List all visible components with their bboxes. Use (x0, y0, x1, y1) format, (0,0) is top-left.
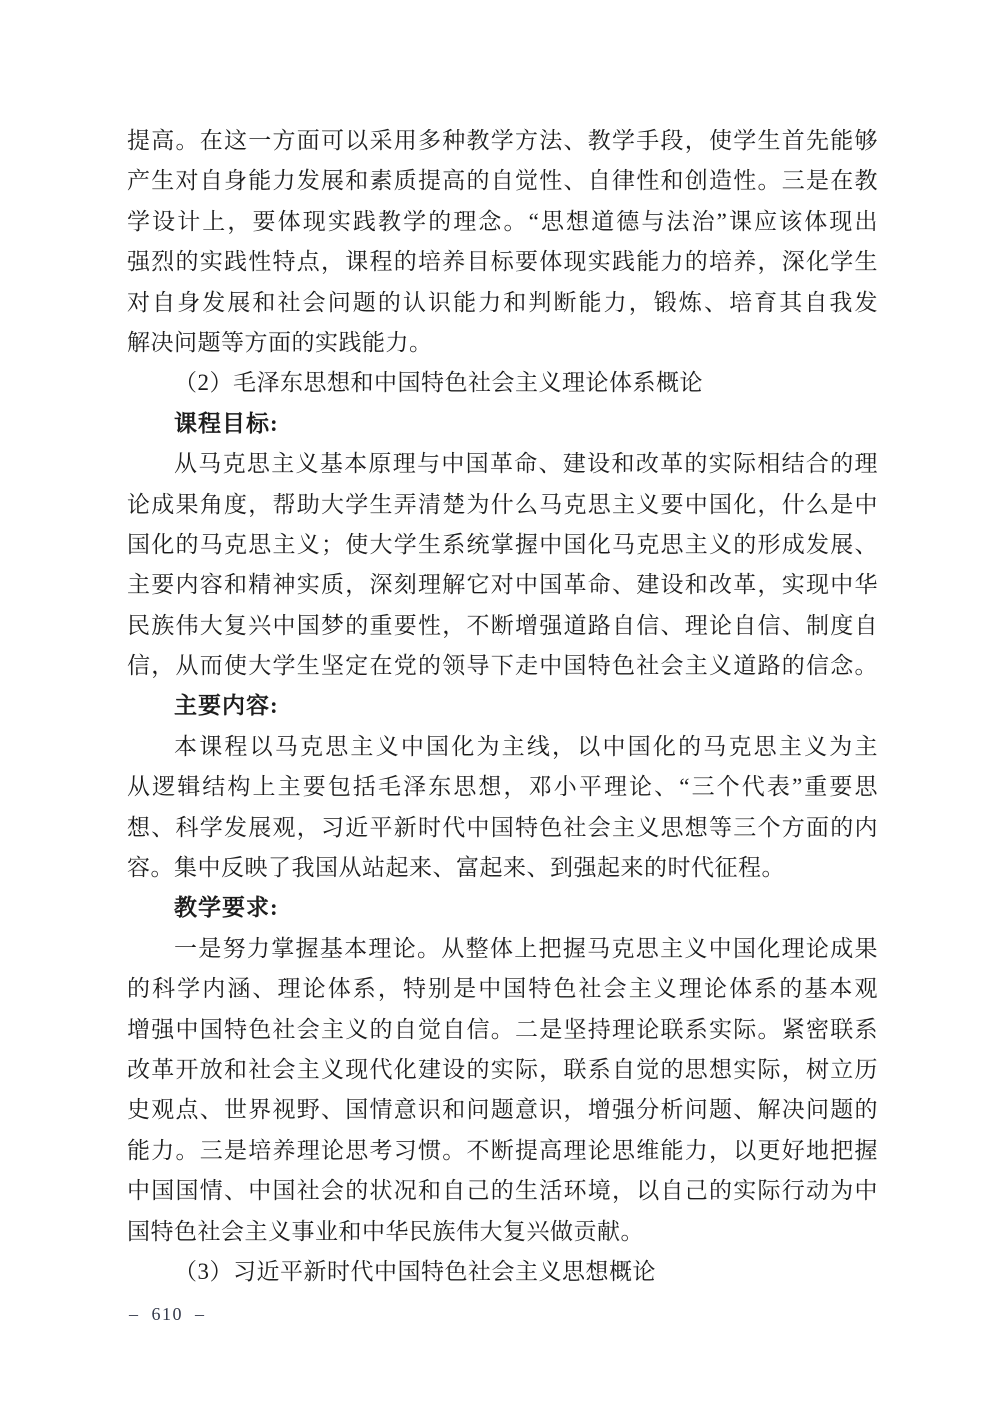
text-line: 学设计上，要体现实践教学的理念。“思想道德与法治”课应该体现出 (127, 202, 878, 242)
text-line: 容。集中反映了我国从站起来、富起来、到强起来的时代征程。 (127, 848, 878, 888)
text-line: 提高。在这一方面可以采用多种教学方法、教学手段，使学生首先能够 (127, 121, 878, 161)
text-line: 想、科学发展观，习近平新时代中国特色社会主义思想等三个方面的内 (127, 808, 878, 848)
section-label-teaching-requirements: 教学要求: (127, 888, 878, 928)
course-item-heading: （2）毛泽东思想和中国特色社会主义理论体系概论 (127, 363, 878, 403)
course-item-heading: （3）习近平新时代中国特色社会主义思想概论 (127, 1252, 878, 1292)
page-number: – 610 – (129, 1304, 206, 1324)
text-line: 改革开放和社会主义现代化建设的实际，联系自觉的思想实际，树立历 (127, 1050, 878, 1090)
text-line: 解决问题等方面的实践能力。 (127, 323, 878, 363)
text-line: 强烈的实践性特点，课程的培养目标要体现实践能力的培养，深化学生 (127, 242, 878, 282)
document-page: 提高。在这一方面可以采用多种教学方法、教学手段，使学生首先能够 产生对自身能力发… (0, 0, 1000, 1414)
text-line: 民族伟大复兴中国梦的重要性，不断增强道路自信、理论自信、制度自 (127, 606, 878, 646)
text-line: 史观点、世界视野、国情意识和问题意识，增强分析问题、解决问题的 (127, 1090, 878, 1130)
text-line: 能力。三是培养理论思考习惯。不断提高理论思维能力，以更好地把握 (127, 1131, 878, 1171)
text-line: 论成果角度，帮助大学生弄清楚为什么马克思主义要中国化，什么是中 (127, 485, 878, 525)
text-line: 中国国情、中国社会的状况和自己的生活环境，以自己的实际行动为中 (127, 1171, 878, 1211)
body-text: 提高。在这一方面可以采用多种教学方法、教学手段，使学生首先能够 产生对自身能力发… (127, 121, 878, 1292)
text-line: 对自身发展和社会问题的认识能力和判断能力，锻炼、培育其自我发展、 (127, 283, 878, 323)
text-line: 信，从而使大学生坚定在党的领导下走中国特色社会主义道路的信念。 (127, 646, 878, 686)
text-line: 主要内容和精神实质，深刻理解它对中国革命、建设和改革，实现中华 (127, 565, 878, 605)
text-line: 从马克思主义基本原理与中国革命、建设和改革的实际相结合的理 (127, 444, 878, 484)
page-footer: – 610 – (129, 1301, 206, 1327)
text-line: 的科学内涵、理论体系，特别是中国特色社会主义理论体系的基本观点， (127, 969, 878, 1009)
text-line: 增强中国特色社会主义的自觉自信。二是坚持理论联系实际。紧密联系 (127, 1010, 878, 1050)
section-label-main-content: 主要内容: (127, 686, 878, 726)
section-label-course-objectives: 课程目标: (127, 404, 878, 444)
text-line: 本课程以马克思主义中国化为主线，以中国化的马克思主义为主题。 (127, 727, 878, 767)
text-line: 从逻辑结构上主要包括毛泽东思想，邓小平理论、“三个代表”重要思 (127, 767, 878, 807)
text-line: 国特色社会主义事业和中华民族伟大复兴做贡献。 (127, 1212, 878, 1252)
text-line: 国化的马克思主义；使大学生系统掌握中国化马克思主义的形成发展、 (127, 525, 878, 565)
text-line: 一是努力掌握基本理论。从整体上把握马克思主义中国化理论成果 (127, 929, 878, 969)
text-line: 产生对自身能力发展和素质提高的自觉性、自律性和创造性。三是在教 (127, 161, 878, 201)
